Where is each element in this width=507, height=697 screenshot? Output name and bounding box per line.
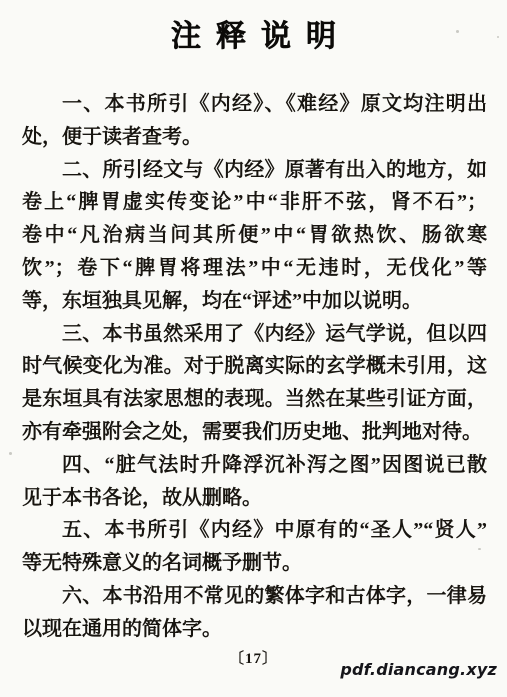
text-line: 时气候变化为准。对于脱离实际的玄学概未引用，这 <box>22 350 487 383</box>
text-line: 等无特殊意义的名词概予删节。 <box>22 547 487 580</box>
scan-speckle <box>497 36 499 38</box>
text-line: 二、所引经文与《内经》原著有出入的地方，如 <box>22 154 487 187</box>
text-line: 三、本书虽然采用了《内经》运气学说，但以四 <box>22 318 487 351</box>
text-line: 卷上“脾胃虚实传变论”中“非肝不弦，肾不石”； <box>22 186 487 219</box>
text-line: 卷中“凡治病当问其所便”中“胃欲热饮、肠欲寒 <box>22 219 487 252</box>
page-body: 一、本书所引《内经》、《难经》原文均注明出处，便于读者查考。二、所引经文与《内经… <box>0 88 507 646</box>
scanned-book-page: 注释说明 一、本书所引《内经》、《难经》原文均注明出处，便于读者查考。二、所引经… <box>0 0 507 697</box>
text-line: 一、本书所引《内经》、《难经》原文均注明出 <box>22 88 487 121</box>
text-line: 是东垣具有法家思想的表现。当然在某些引证方面， <box>22 383 487 416</box>
scan-speckle <box>478 548 481 550</box>
text-line: 处，便于读者查考。 <box>22 121 487 154</box>
scan-speckle <box>456 30 459 33</box>
text-line: 五、本书所引《内经》中原有的“圣人”“贤人” <box>22 514 487 547</box>
scan-speckle <box>128 206 130 208</box>
scan-speckle <box>9 452 12 455</box>
text-line: 见于本书各论，故从删略。 <box>22 482 487 515</box>
text-line: 以现在通用的简体字。 <box>22 613 487 646</box>
text-line: 饮”；卷下“脾胃将理法”中“无违时，无伐化”等 <box>22 252 487 285</box>
text-line: 四、“脏气法时升降浮沉补泻之图”因图说已散 <box>22 449 487 482</box>
text-line: 等，东垣独具见解，均在“评述”中加以说明。 <box>22 285 487 318</box>
page-title: 注释说明 <box>0 0 507 58</box>
watermark-text: pdf.diancang.xyz <box>340 660 497 679</box>
text-line: 六、本书沿用不常见的繁体字和古体字，一律易 <box>22 580 487 613</box>
text-line: 亦有牵强附会之处，需要我们历史地、批判地对待。 <box>22 416 487 449</box>
